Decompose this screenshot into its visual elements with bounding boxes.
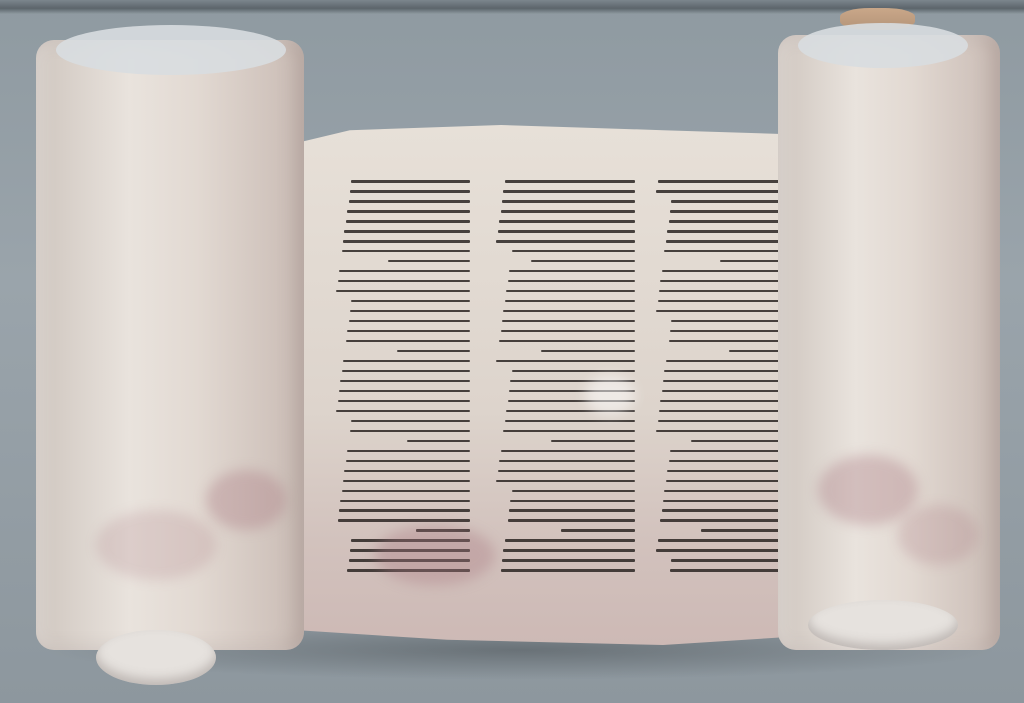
text-line [671, 200, 790, 203]
text-line [663, 500, 790, 503]
text-line [670, 210, 790, 213]
text-line [501, 569, 635, 572]
text-line [531, 260, 635, 263]
text-line [669, 340, 791, 343]
text-line [505, 539, 635, 542]
open-parchment-sheet [285, 125, 825, 645]
text-line [502, 559, 635, 562]
text-line [508, 280, 635, 283]
text-line [344, 230, 470, 233]
text-line [551, 440, 635, 443]
text-line [347, 450, 470, 453]
text-line [667, 470, 790, 473]
text-line [503, 549, 635, 552]
text-line [339, 509, 470, 512]
right-scroll-roller [778, 35, 1000, 650]
text-line [339, 270, 470, 273]
text-line [505, 180, 635, 183]
text-line [658, 420, 790, 423]
text-line [509, 509, 635, 512]
text-line [499, 460, 635, 463]
text-line [664, 490, 790, 493]
text-line [512, 370, 635, 373]
text-line [671, 320, 790, 323]
text-line [350, 190, 470, 193]
text-line [666, 360, 790, 363]
text-line [388, 260, 470, 263]
text-line [669, 220, 791, 223]
text-line [508, 519, 635, 522]
left-scroll-roller [36, 40, 304, 650]
text-line [658, 300, 790, 303]
text-line [502, 200, 635, 203]
text-line [664, 370, 790, 373]
text-line [503, 190, 635, 193]
text-line [498, 230, 635, 233]
text-line [342, 490, 470, 493]
text-line [662, 509, 790, 512]
text-line [666, 240, 790, 243]
text-line [496, 360, 635, 363]
text-line [512, 250, 635, 253]
text-line [658, 180, 790, 183]
text-line [502, 320, 635, 323]
text-line [343, 480, 470, 483]
text-line [351, 300, 470, 303]
text-line [346, 340, 470, 343]
text-line [670, 569, 790, 572]
text-line [496, 240, 635, 243]
text-line [510, 500, 635, 503]
text-line [351, 180, 470, 183]
text-line [670, 450, 790, 453]
text-line [397, 350, 470, 353]
text-line [346, 460, 470, 463]
text-line [338, 400, 470, 403]
text-line [512, 490, 635, 493]
text-line [658, 539, 790, 542]
text-line [342, 370, 470, 373]
text-line [351, 420, 470, 423]
text-line [501, 330, 635, 333]
text-line [656, 190, 790, 193]
text-line [664, 250, 790, 253]
text-line [501, 210, 635, 213]
text-line [499, 220, 635, 223]
text-line [346, 220, 470, 223]
text-line [338, 280, 470, 283]
text-line [347, 330, 470, 333]
text-column-3 [655, 180, 790, 585]
text-line [499, 340, 635, 343]
text-line [339, 390, 470, 393]
text-line [691, 440, 790, 443]
text-line [347, 210, 470, 213]
text-line [505, 300, 635, 303]
text-line [541, 350, 635, 353]
text-line [561, 529, 635, 532]
text-line [344, 470, 470, 473]
text-line [660, 519, 790, 522]
text-line [342, 250, 470, 253]
text-line [350, 430, 470, 433]
text-line [662, 390, 790, 393]
text-line [506, 290, 635, 293]
text-line [349, 320, 471, 323]
text-line [659, 290, 790, 293]
text-line [407, 440, 470, 443]
text-line [340, 380, 470, 383]
text-column-1 [335, 180, 470, 585]
text-line [667, 230, 790, 233]
text-line [666, 480, 790, 483]
text-line [343, 240, 470, 243]
text-line [505, 420, 635, 423]
text-line [350, 310, 470, 313]
text-line [669, 460, 791, 463]
text-line [343, 360, 470, 363]
text-line [660, 280, 790, 283]
text-line [336, 410, 470, 413]
text-line [656, 310, 790, 313]
text-line [496, 480, 635, 483]
text-line [503, 310, 635, 313]
text-line [340, 500, 470, 503]
text-line [336, 290, 470, 293]
text-line [501, 450, 635, 453]
text-line [656, 549, 790, 552]
text-line [660, 400, 790, 403]
text-line [663, 380, 790, 383]
text-line [498, 470, 635, 473]
text-line [662, 270, 790, 273]
text-line [338, 519, 470, 522]
text-line [656, 430, 790, 433]
text-line [503, 430, 635, 433]
text-line [509, 270, 635, 273]
text-line [670, 330, 790, 333]
text-line [659, 410, 790, 413]
text-line [349, 200, 471, 203]
text-line [671, 559, 790, 562]
text-line [701, 529, 790, 532]
